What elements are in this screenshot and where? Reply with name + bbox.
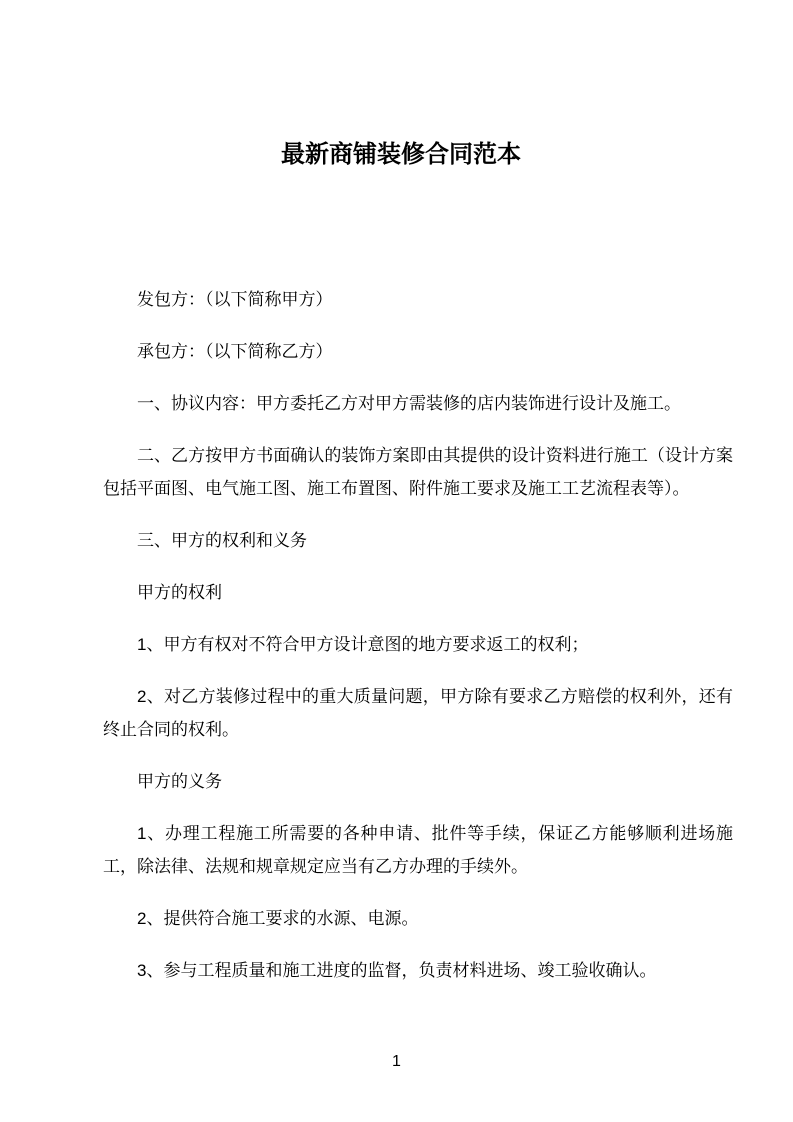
document-page: 最新商铺装修合同范本 发包方：（以下简称甲方）承包方：（以下简称乙方）一、协议内… [0,0,793,1122]
paragraph-7: 1、甲方有权对不符合甲方设计意图的地方要求返工的权利； [103,628,733,661]
document-body: 发包方：（以下简称甲方）承包方：（以下简称乙方）一、协议内容：甲方委托乙方对甲方… [103,283,733,987]
paragraph-11: 2、提供符合施工要求的水源、电源。 [103,902,733,935]
paragraph-8: 2、对乙方装修过程中的重大质量问题，甲方除有要求乙方赔偿的权利外，还有终止合同的… [103,680,733,746]
paragraph-3: 一、协议内容：甲方委托乙方对甲方需装修的店内装饰进行设计及施工。 [103,387,733,420]
paragraph-9: 甲方的义务 [103,765,733,798]
document-title: 最新商铺装修合同范本 [86,139,716,171]
paragraph-6: 甲方的权利 [103,576,733,609]
paragraph-5: 三、甲方的权利和义务 [103,524,733,557]
paragraph-12: 3、参与工程质量和施工进度的监督，负责材料进场、竣工验收确认。 [103,954,733,987]
page-number: 1 [392,1053,401,1070]
document-content: 最新商铺装修合同范本 发包方：（以下简称甲方）承包方：（以下简称乙方）一、协议内… [103,0,733,1006]
paragraph-10: 1、办理工程施工所需要的各种申请、批件等手续，保证乙方能够顺利进场施工，除法律、… [103,817,733,883]
page-footer: 1 [0,1052,793,1072]
paragraph-1: 发包方：（以下简称甲方） [103,283,733,316]
paragraph-2: 承包方：（以下简称乙方） [103,335,733,368]
paragraph-4: 二、乙方按甲方书面确认的装饰方案即由其提供的设计资料进行施工（设计方案包括平面图… [103,439,733,505]
